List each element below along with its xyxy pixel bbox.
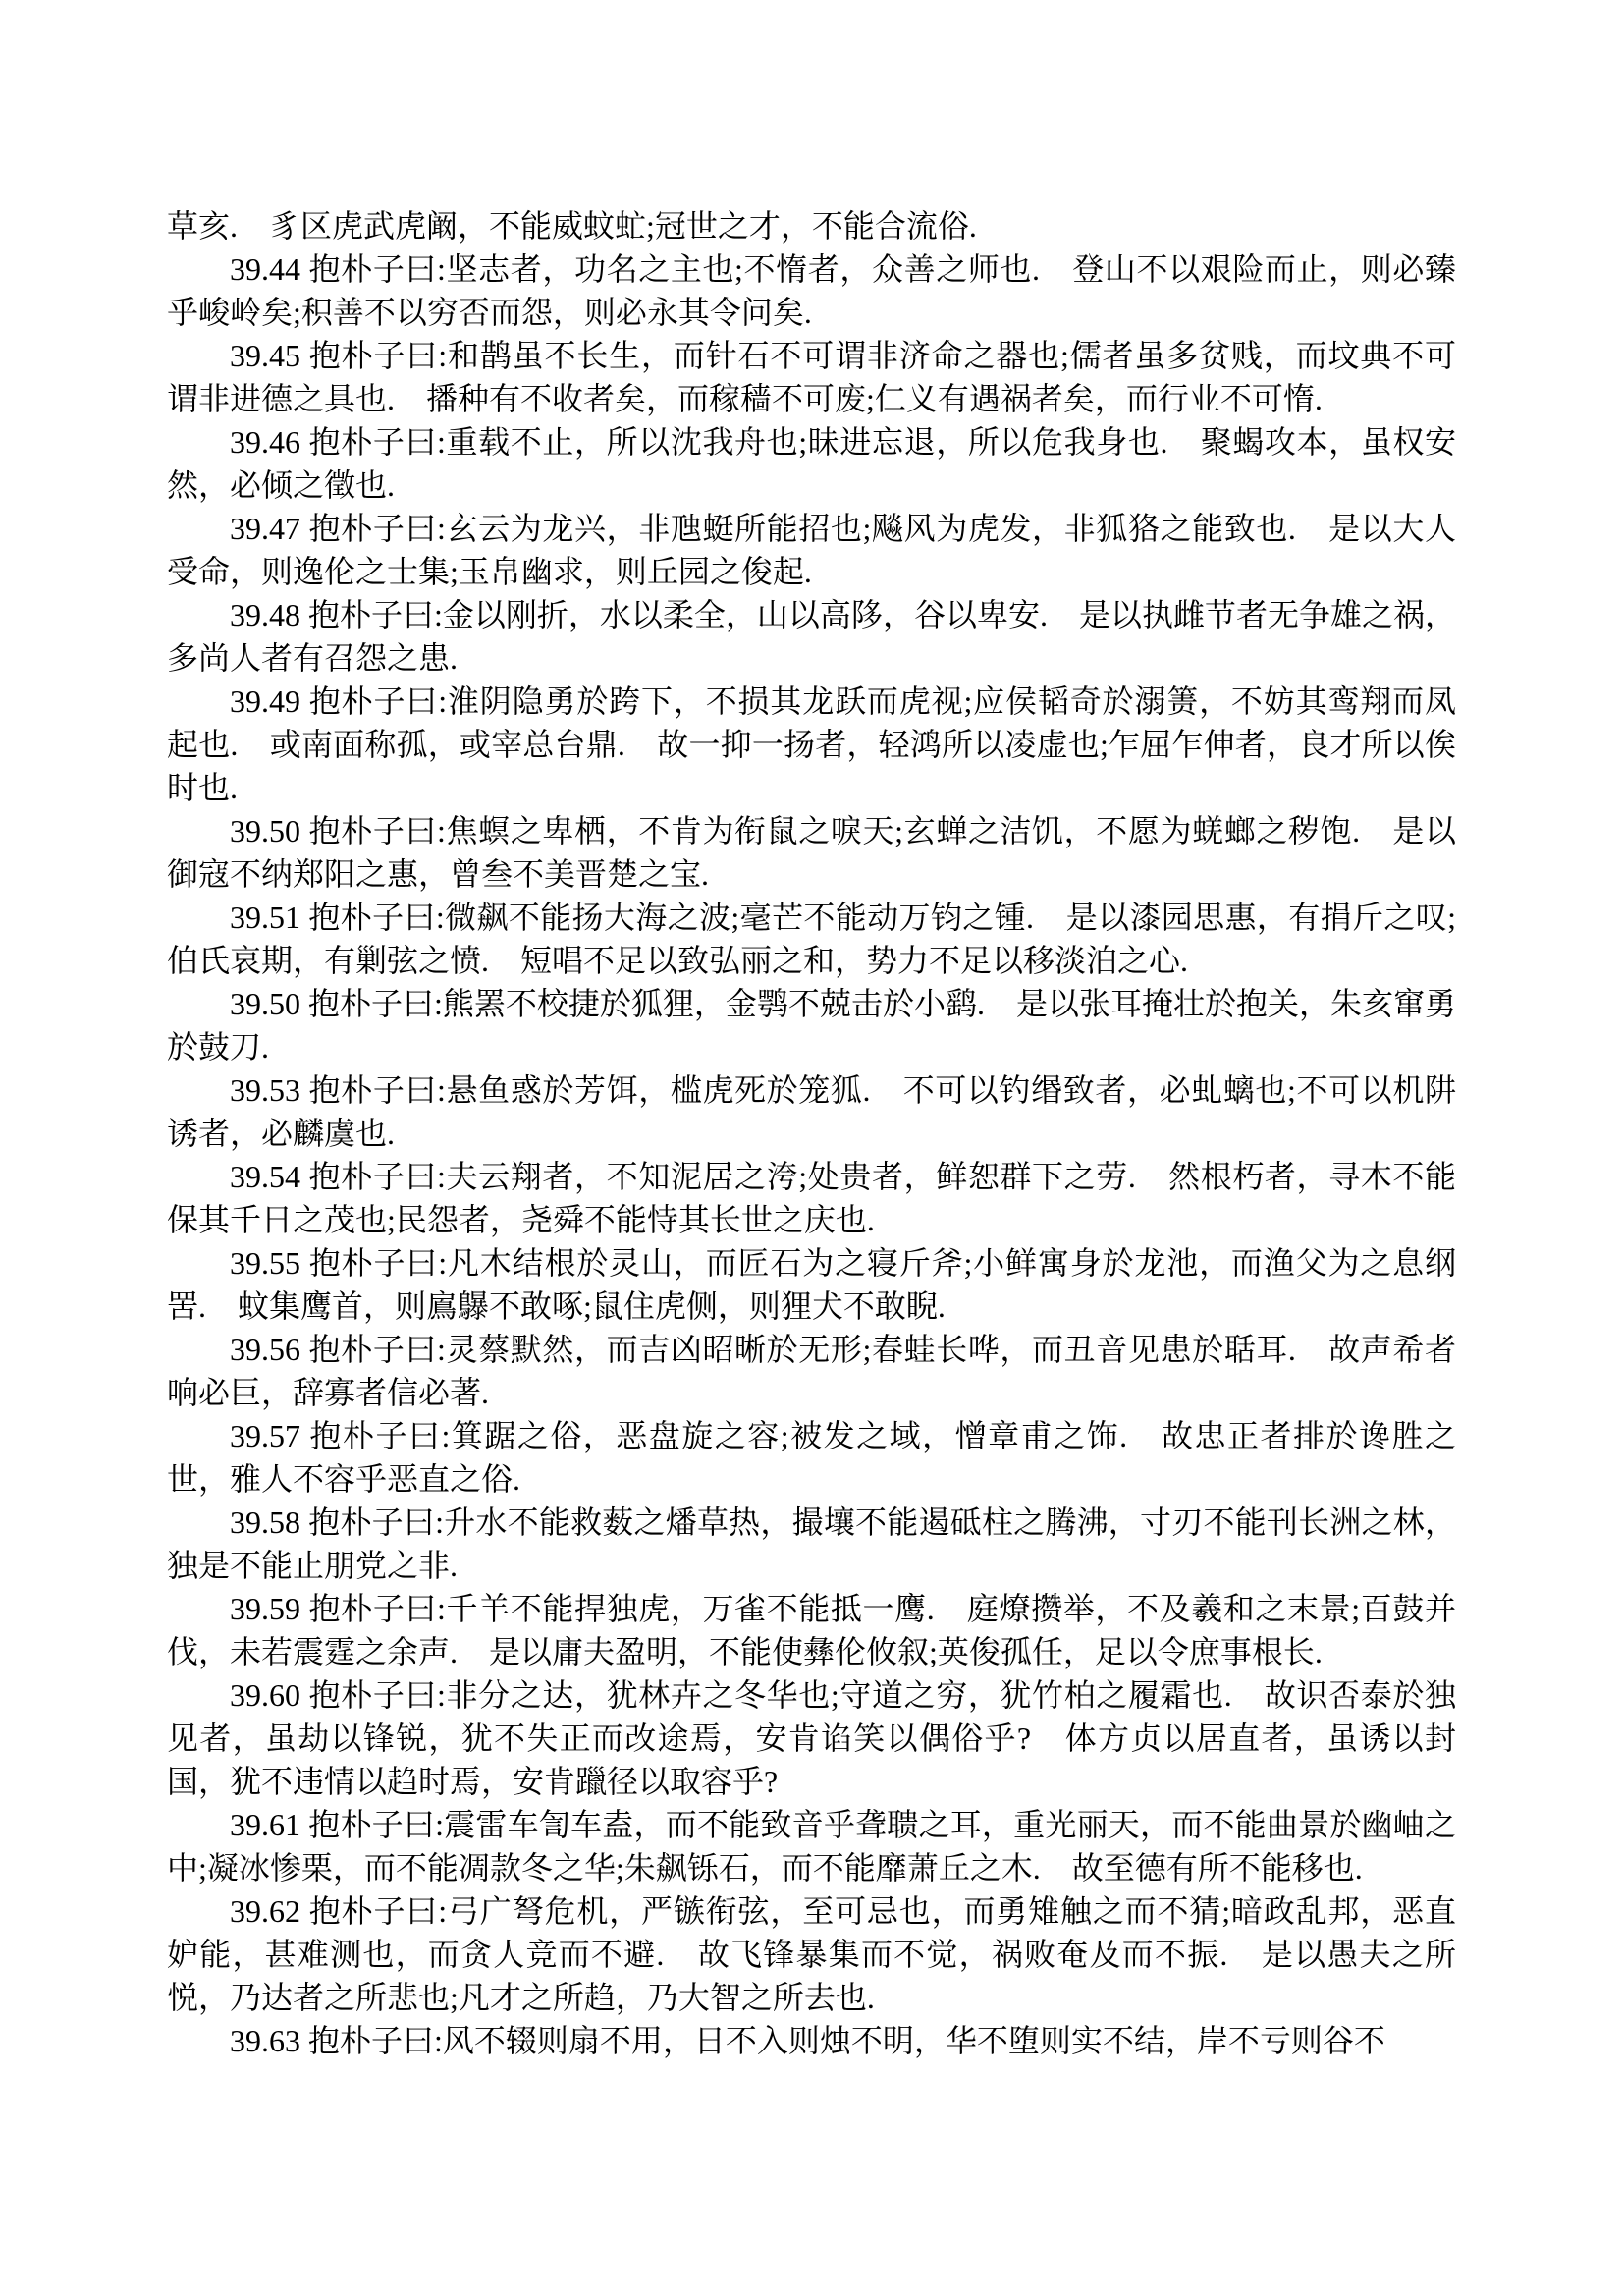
- paragraph: 39.56 抱朴子曰:灵蔡默然，而吉凶昭晰於无形;春蛙长哗，而丑音见患於聒耳. …: [167, 1328, 1456, 1414]
- paragraph: 草亥. 豸区虎武虎阚，不能威蚊虻;冠世之才，不能合流俗.: [167, 204, 1456, 247]
- paragraph: 39.62 抱朴子曰:弓广弩危机，严镞衔弦，至可忌也，而勇雉触之而不猜;暗政乱邦…: [167, 1889, 1456, 2019]
- document-page: 草亥. 豸区虎武虎阚，不能威蚊虻;冠世之才，不能合流俗. 39.44 抱朴子曰:…: [0, 0, 1623, 2296]
- paragraph: 39.48 抱朴子曰:金以刚折，水以柔全，山以高陊，谷以卑安. 是以执雌节者无争…: [167, 593, 1456, 680]
- paragraph: 39.55 抱朴子曰:凡木结根於灵山，而匠石为之寝斤斧;小鲜寓身於龙池，而渔父为…: [167, 1241, 1456, 1328]
- paragraph: 39.47 抱朴子曰:玄云为龙兴，非虺蜓所能招也;飚风为虎发，非狐狢之能致也. …: [167, 507, 1456, 593]
- paragraph: 39.53 抱朴子曰:悬鱼惑於芳饵，槛虎死於笼狐. 不可以钓缗致者，必虬螭也;不…: [167, 1068, 1456, 1155]
- paragraph: 39.49 抱朴子曰:淮阴隐勇於跨下，不损其龙跃而虎视;应侯韬奇於溺箦，不妨其鸾…: [167, 680, 1456, 809]
- paragraph: 39.63 抱朴子曰:风不辍则扇不用，日不入则烛不明，华不堕则实不结，岸不亏则谷…: [167, 2019, 1456, 2062]
- paragraph: 39.50 抱朴子曰:焦螟之卑栖，不肯为衔鼠之唳天;玄蝉之洁饥，不愿为蜣螂之秽饱…: [167, 809, 1456, 896]
- paragraph: 39.45 抱朴子曰:和鹊虽不长生，而针石不可谓非济命之器也;儒者虽多贫贱，而坟…: [167, 334, 1456, 420]
- paragraph: 39.60 抱朴子曰:非分之达，犹林卉之冬华也;守道之穷，犹竹柏之履霜也. 故识…: [167, 1673, 1456, 1803]
- paragraph: 39.51 抱朴子曰:微飙不能扬大海之波;毫芒不能动万钧之锺. 是以漆园思惠，有…: [167, 896, 1456, 982]
- paragraph: 39.59 抱朴子曰:千羊不能捍独虎，万雀不能抵一鹰. 庭燎攒举，不及羲和之末景…: [167, 1587, 1456, 1673]
- paragraph: 39.44 抱朴子曰:坚志者，功名之主也;不惰者，众善之师也. 登山不以艰险而止…: [167, 247, 1456, 334]
- paragraph: 39.61 抱朴子曰:震雷车訇车盍，而不能致音乎聋聩之耳，重光丽天，而不能曲景於…: [167, 1803, 1456, 1889]
- paragraph: 39.50 抱朴子曰:熊罴不校捷於狐狸，金鹗不兢击於小鹞. 是以张耳掩壮於抱关，…: [167, 982, 1456, 1068]
- paragraph: 39.58 抱朴子曰:升水不能救薮之燔草热，撮壤不能遏砥柱之腾沸，寸刃不能刊长洲…: [167, 1501, 1456, 1587]
- paragraph: 39.57 抱朴子曰:箕踞之俗，恶盘旋之容;被发之域，憎章甫之饰. 故忠正者排於…: [167, 1414, 1456, 1501]
- paragraph: 39.46 抱朴子曰:重载不止，所以沈我舟也;昧进忘退，所以危我身也. 聚蝎攻本…: [167, 420, 1456, 507]
- paragraph: 39.54 抱朴子曰:夫云翔者，不知泥居之洿;处贵者，鲜恕群下之劳. 然根朽者，…: [167, 1155, 1456, 1241]
